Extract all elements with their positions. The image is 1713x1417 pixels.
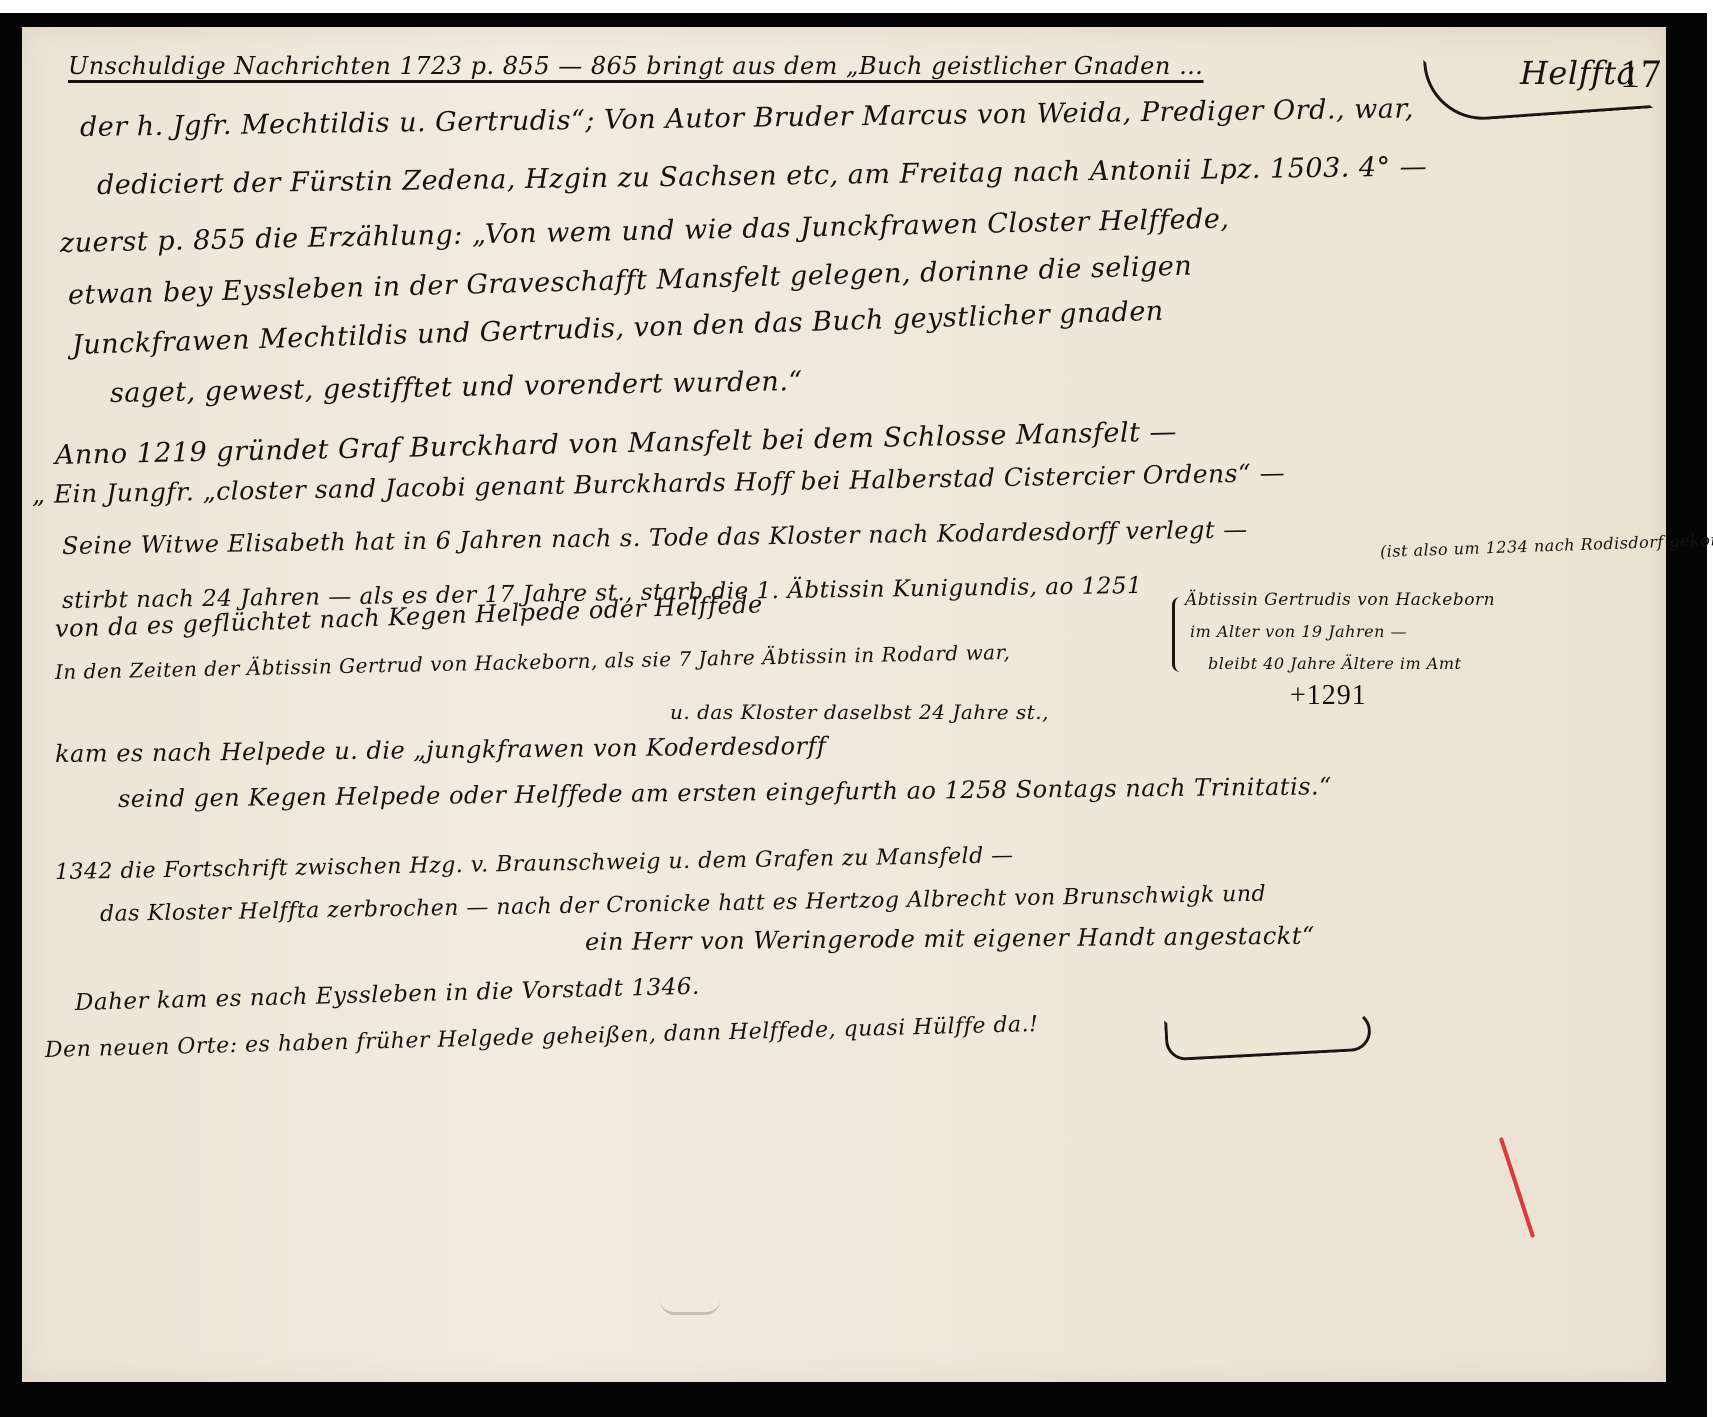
line-18-side-note: bleibt 40 Jahre Ältere im Amt [1208,654,1461,673]
line-17-side-note: im Alter von 19 Jahren — [1190,622,1407,641]
line-19-side-note: +1291 [1290,680,1367,712]
line-1: Unschuldige Nachrichten 1723 p. 855 — 86… [68,52,1203,80]
page-label: Helffta 17 [1425,50,1665,110]
line-15: u. das Kloster daselbst 24 Jahre st., [670,700,1049,724]
page-number: 17 [1620,50,1662,97]
page-label-text: Helffta [1520,54,1636,92]
line-16-side-note: Äbtissin Gertrudis von Hackeborn [1185,590,1495,610]
paper-stain [660,1300,720,1315]
